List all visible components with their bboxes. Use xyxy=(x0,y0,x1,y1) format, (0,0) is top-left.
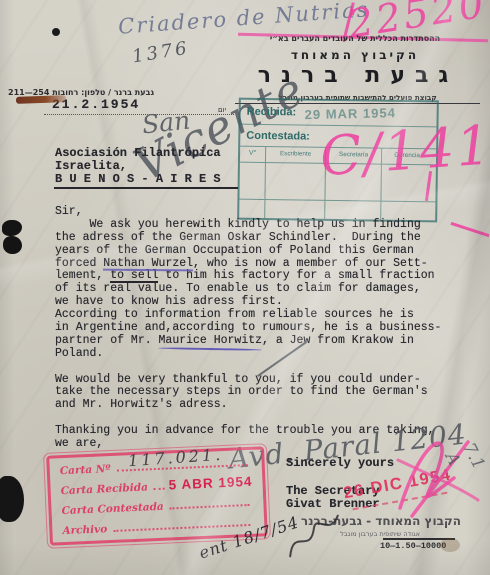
contestada-label: Contestada: xyxy=(246,129,310,142)
recipient-underline xyxy=(54,187,238,189)
paper-stain xyxy=(440,538,460,552)
ink-blot-middle xyxy=(2,220,22,236)
letter-body: Sir, We ask you herewith kindly to help … xyxy=(55,206,465,451)
carta-row-recibida: Carta Recibida xyxy=(60,481,148,497)
carta-row-contestada: Carta Contestada xyxy=(61,501,164,517)
body-line: partner of Mr. Maurice Horwitz, a Jew fr… xyxy=(55,335,465,348)
ink-underline-sell xyxy=(110,281,158,283)
recipient-line-3: B U E N O S - A I R E S xyxy=(55,172,221,186)
recipient-line-2: Israelita, xyxy=(55,159,127,173)
ink-blot-bottom xyxy=(0,476,24,522)
body-line: years of the German Occupation of Poland… xyxy=(55,245,465,258)
body-line: and Mr. Horwitz's adress. xyxy=(55,399,465,412)
body-line: in Argentine and,according to rumours, h… xyxy=(55,322,465,335)
carta-row-numero: Carta Nº xyxy=(60,463,111,477)
scanned-letter: Criadero de Nutrias 22520 ההסתדרות הכללי… xyxy=(0,0,490,575)
stamp-col-escribiente: Escribiente xyxy=(266,147,326,163)
body-line: We ask you herewith kindly to help us in… xyxy=(55,219,465,232)
recipient-line-1: Asociasión Filantrópica xyxy=(55,146,221,160)
recibida-date: 29 MAR 1954 xyxy=(304,105,396,122)
ink-dot-top xyxy=(52,28,60,36)
closing-sincerely: Sincerely yours xyxy=(286,456,394,470)
carta-recibida-date: 5 ABR 1954 xyxy=(168,474,252,493)
recibida-label: Recibida: xyxy=(247,106,297,119)
ink-blot-middle-2 xyxy=(3,236,22,254)
footer-print-code: 10—1.50—10000 xyxy=(380,541,446,551)
letterhead-movement-line: הקיבוץ המאוחד xyxy=(255,48,455,62)
stamp-col-vo: V° xyxy=(240,147,266,162)
body-line: the adress of the German Oskar Schindler… xyxy=(55,232,465,245)
letterhead-org-line: ההסתדרות הכללית של העובדים העברים בא״י xyxy=(230,34,480,43)
body-line: Sir, xyxy=(55,206,465,219)
pencil-file-number: 1376 xyxy=(131,38,191,68)
carta-row-archivo: Archivo xyxy=(62,523,107,537)
